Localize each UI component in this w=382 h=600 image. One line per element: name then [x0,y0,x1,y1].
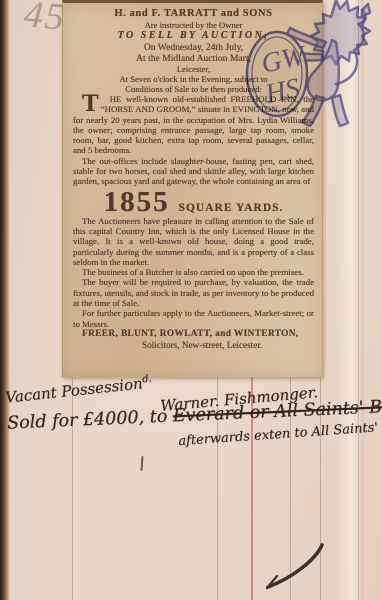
society-watermark: GW HS [240,0,382,136]
stray-ink-mark [140,456,143,471]
solicitor-address: Solicitors, New-street, Leicester. [73,340,314,351]
solicitor-firm-name: FREER, BLUNT, ROWLATT, and WINTERTON, [73,329,314,340]
annotation-text: Vacant Possession [4,374,143,406]
particulars-paragraph: For further particulars apply to the Auc… [73,308,314,329]
annotation-vacant-possession: Vacant Possessiond. [4,373,153,406]
outoffices-paragraph: The out-offices include slaughter-house,… [73,156,314,187]
annotation-superscript: d. [142,373,153,385]
area-unit: SQUARE YARDS. [179,203,284,213]
drop-cap: T [73,94,101,114]
page-number: 45 [22,0,68,40]
valuation-paragraph: The buyer will be required to purchase, … [73,277,314,308]
sale-attention-paragraph: The Auctioneers have pleasure in calling… [73,216,314,267]
area-line: 1855 SQUARE YARDS. [73,189,314,215]
pen-hook-mark [250,535,335,595]
area-number: 1855 [104,189,170,215]
annotation-text: Sold for £4000, to [7,406,173,433]
album-page: 45 H. and F. TARRATT and SONS Are instru… [0,0,382,600]
watermark-monogram-badge: GW HS [247,32,310,116]
butcher-paragraph: The business of a Butcher is also carrie… [73,267,314,277]
book-binding-edge [0,0,10,600]
